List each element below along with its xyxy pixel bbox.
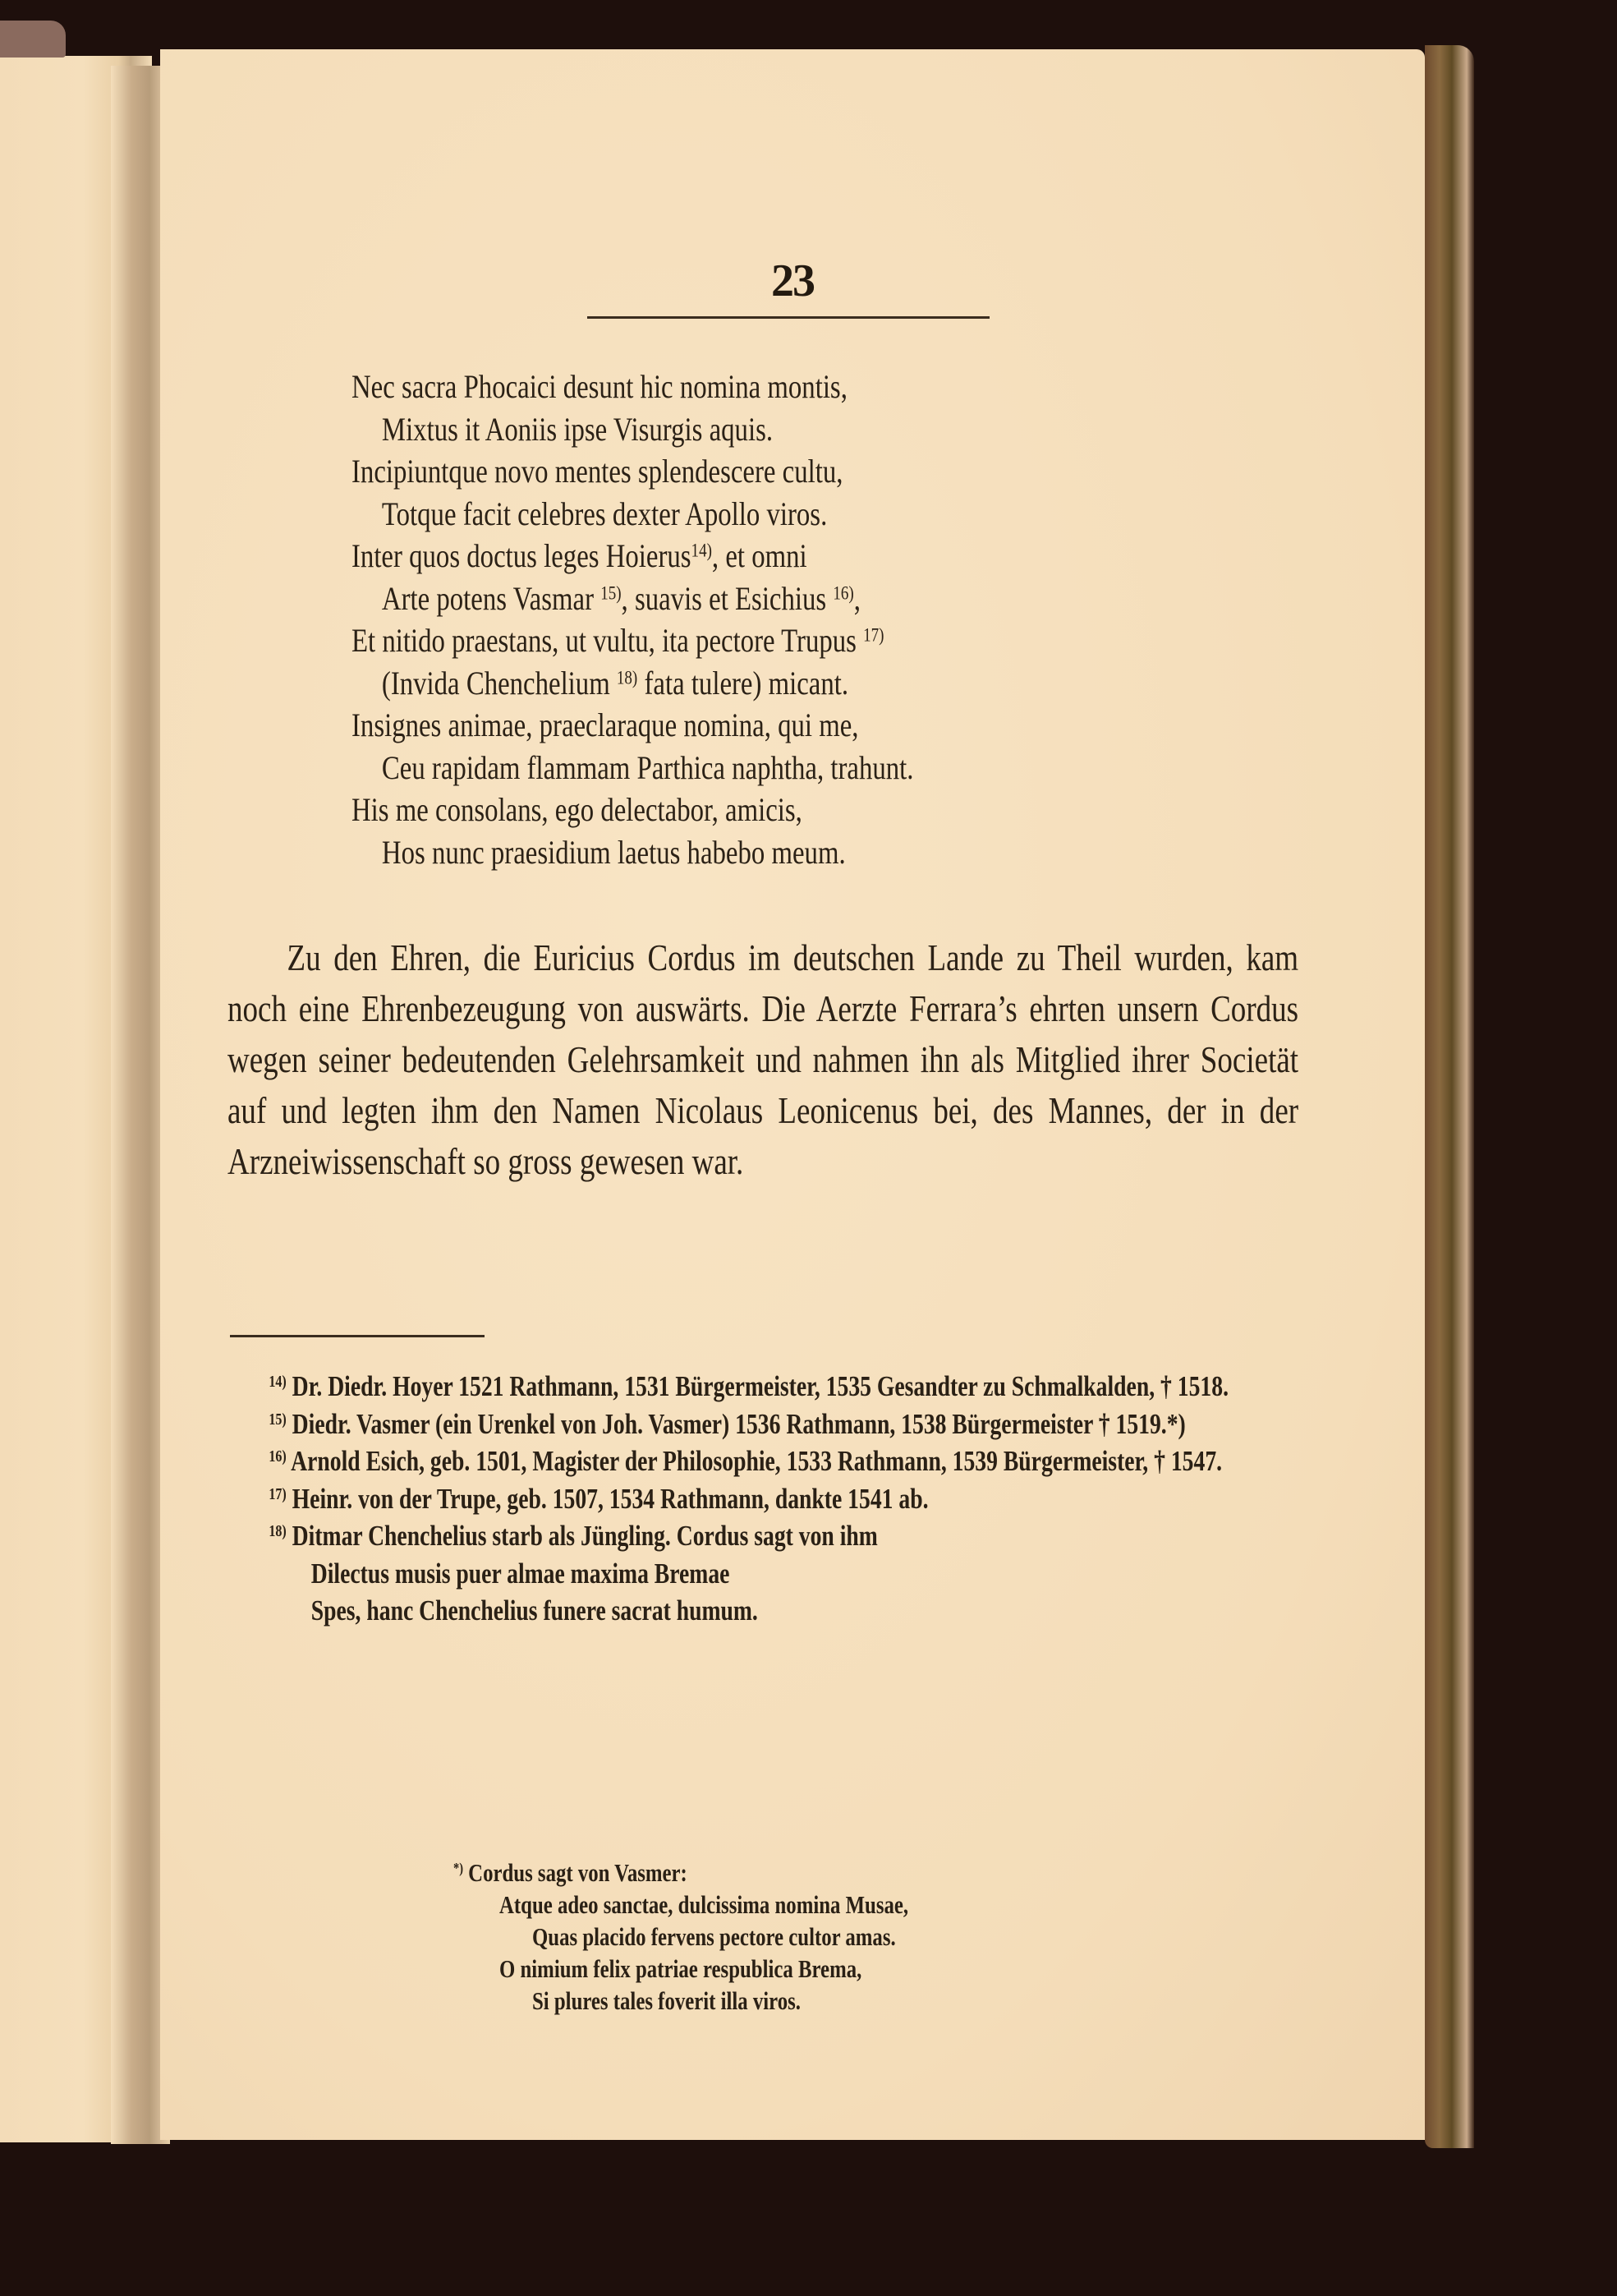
poem-text: Inter quos doctus leges Hoierus [351, 537, 691, 574]
footnote-ref[interactable]: 18) [617, 667, 637, 688]
poem-text: Arte potens Vasmar [382, 580, 600, 617]
binding-tab [0, 21, 66, 58]
poem-line: Mixtus it Aoniis ipse Visurgis aquis. [351, 408, 913, 451]
poem-line: Incipiuntque novo mentes splendescere cu… [351, 450, 913, 493]
poem-line: His me consolans, ego delectabor, amicis… [351, 789, 913, 831]
poem-text: , suavis et Esichius [622, 580, 834, 617]
poem-line: Inter quos doctus leges Hoierus14), et o… [351, 535, 913, 577]
footnote-verse: Dilectus musis puer almae maxima Bremae [230, 1555, 1307, 1593]
starnote-verse: O nimium felix patriae respublica Brema, [453, 1953, 908, 1985]
marbled-cover-edge [1425, 45, 1474, 2148]
poem-line: Et nitido praestans, ut vultu, ita pecto… [351, 619, 913, 662]
poem-text: , et omni [712, 537, 807, 574]
footnote-ref[interactable]: 16) [833, 582, 853, 604]
poem-line: (Invida Chenchelium 18) fata tulere) mic… [351, 662, 913, 705]
poem-line: Arte potens Vasmar 15), suavis et Esichi… [351, 577, 913, 620]
poem-line: Ceu rapidam flammam Parthica naphtha, tr… [351, 747, 913, 789]
book-page: 23 Nec sacra Phocaici desunt hic nomina … [160, 49, 1425, 2140]
footnotes: 14) Dr. Diedr. Hoyer 1521 Rathmann, 1531… [230, 1368, 1307, 1630]
footnote-text: Arnold Esich, geb. 1501, Magister der Ph… [287, 1445, 1222, 1477]
paragraph: Zu den Ehren, die Euricius Cordus im deu… [227, 932, 1298, 1187]
poem-text: , [854, 580, 861, 617]
asterisk-footnote: *) Cordus sagt von Vasmer: Atque adeo sa… [453, 1857, 908, 2017]
footnote-mark: *) [453, 1860, 463, 1876]
footnote-17: 17) Heinr. von der Trupe, geb. 1507, 153… [230, 1480, 1307, 1518]
starnote-verse: Atque adeo sanctae, dulcissima nomina Mu… [453, 1889, 908, 1921]
footnote-text: Dr. Diedr. Hoyer 1521 Rathmann, 1531 Bür… [287, 1370, 1229, 1402]
body-text: Zu den Ehren, die Euricius Cordus im deu… [227, 932, 1298, 1187]
poem-line: Hos nunc praesidium laetus habebo meum. [351, 831, 913, 874]
footnote-15: 15) Diedr. Vasmer (ein Urenkel von Joh. … [230, 1406, 1307, 1443]
footnote-16: 16) Arnold Esich, geb. 1501, Magister de… [230, 1442, 1307, 1480]
poem-text: (Invida Chenchelium [382, 665, 617, 702]
footnote-mark: 15) [269, 1410, 286, 1428]
poem-text: fata tulere) micant. [637, 665, 848, 702]
footnote-mark: 18) [269, 1522, 286, 1540]
starnote-verse: Si plures tales foverit illa viros. [453, 1985, 908, 2017]
footnote-verse: Spes, hanc Chenchelius funere sacrat hum… [230, 1592, 1307, 1630]
footnote-text: Heinr. von der Trupe, geb. 1507, 1534 Ra… [287, 1483, 929, 1515]
poem-line: Totque facit celebres dexter Apollo viro… [351, 493, 913, 536]
footnote-ref[interactable]: 14) [691, 540, 712, 561]
footnote-ref[interactable]: 17) [863, 624, 884, 646]
latin-poem: Nec sacra Phocaici desunt hic nomina mon… [351, 366, 913, 873]
footnote-mark: 14) [269, 1373, 286, 1391]
footnote-14: 14) Dr. Diedr. Hoyer 1521 Rathmann, 1531… [230, 1368, 1307, 1406]
header-rule [587, 316, 990, 319]
poem-line: Insignes animae, praeclaraque nomina, qu… [351, 704, 913, 747]
footnote-mark: 16) [269, 1447, 286, 1465]
starnote-text: Cordus sagt von Vasmer: [463, 1858, 687, 1887]
poem-text: Et nitido praestans, ut vultu, ita pecto… [351, 622, 863, 659]
footnote-text: Ditmar Chenchelius starb als Jüngling. C… [287, 1520, 878, 1552]
footnote-18: 18) Ditmar Chenchelius starb als Jünglin… [230, 1517, 1307, 1630]
footnote-ref[interactable]: 15) [600, 582, 621, 604]
starnote-verse: Quas placido fervens pectore cultor amas… [453, 1921, 908, 1953]
page-number: 23 [160, 255, 1425, 307]
footnote-text: Diedr. Vasmer (ein Urenkel von Joh. Vasm… [287, 1408, 1186, 1440]
footnote-rule [230, 1335, 485, 1337]
footnote-mark: 17) [269, 1484, 286, 1502]
starnote-intro: *) Cordus sagt von Vasmer: [453, 1857, 908, 1889]
poem-line: Nec sacra Phocaici desunt hic nomina mon… [351, 366, 913, 408]
